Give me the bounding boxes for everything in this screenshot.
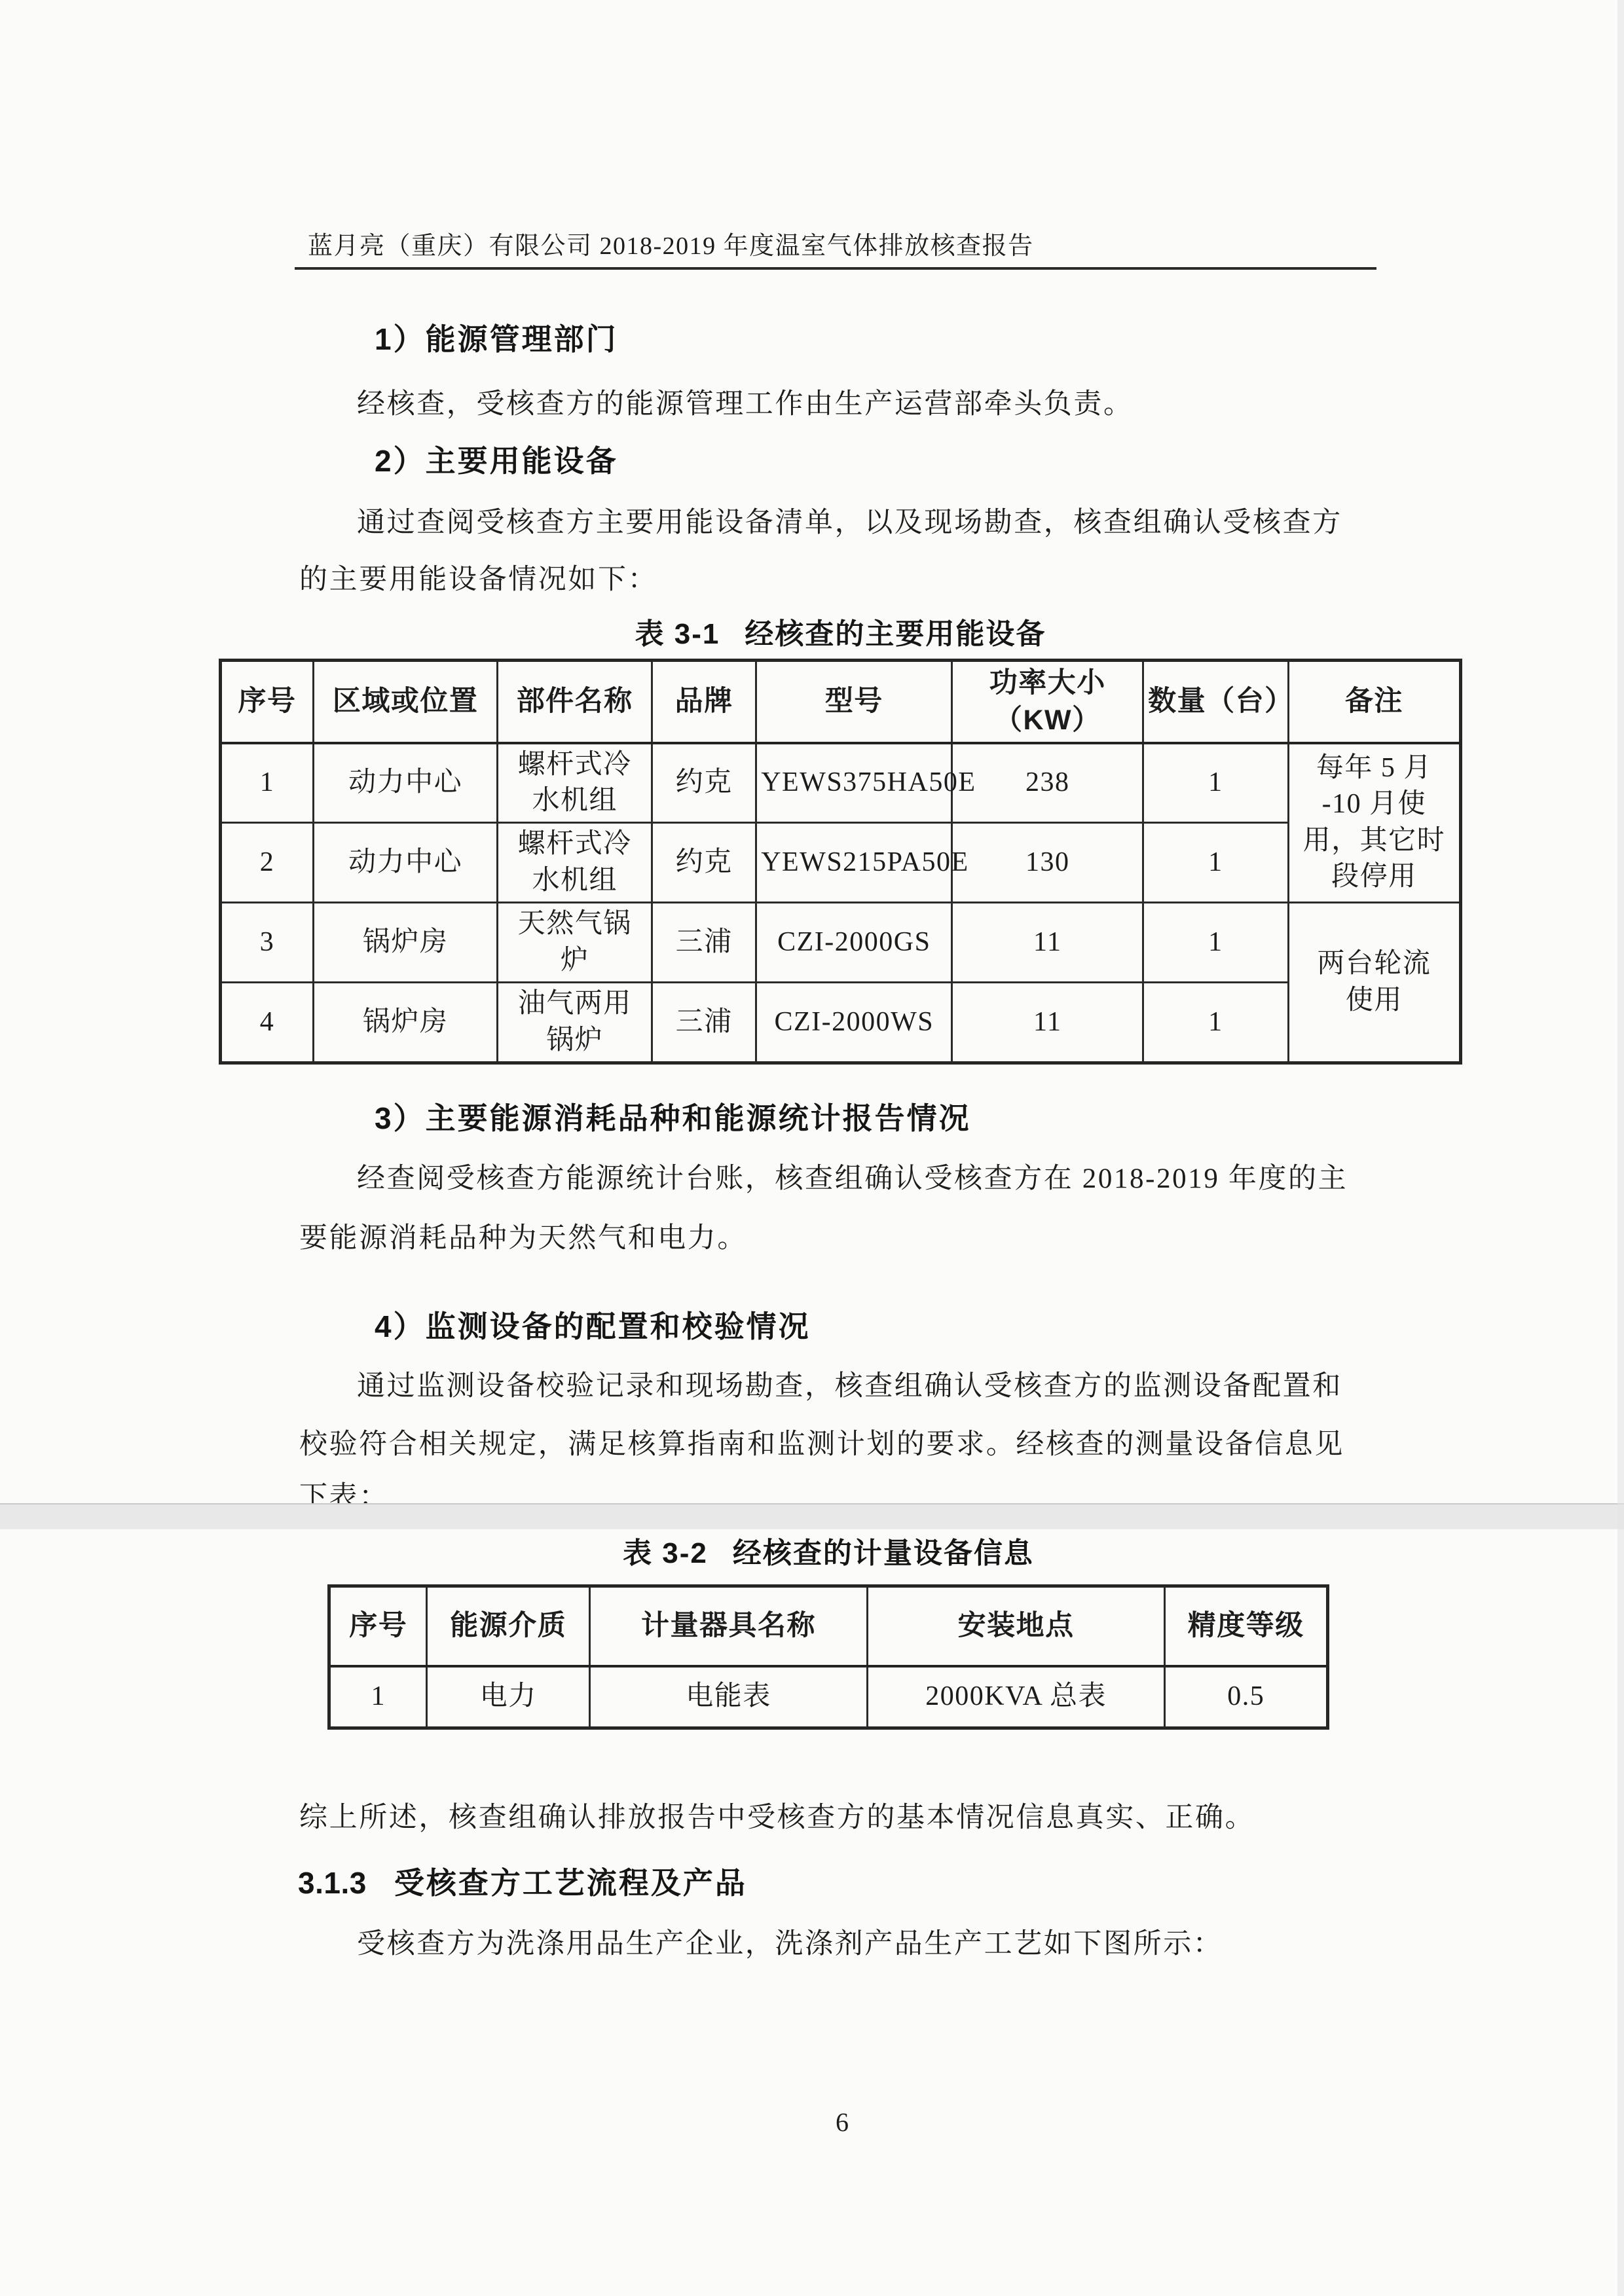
- cell-qty: 1: [1143, 983, 1289, 1063]
- table-row: 3 锅炉房 天然气锅 炉 三浦 CZI-2000GS 11 1 两台轮流 使用: [221, 903, 1461, 983]
- equipment-table: 序号 区域或位置 部件名称 品牌 型号 功率大小 （KW） 数量（台） 备注 1…: [219, 659, 1462, 1065]
- paragraph-monitoring-line2: 校验符合相关规定，满足核算指南和监测计划的要求。经核查的测量设备信息见: [299, 1422, 1344, 1462]
- scan-grey-band: [0, 1503, 1624, 1529]
- table-row: 4 锅炉房 油气两用 锅炉 三浦 CZI-2000WS 11 1: [221, 983, 1461, 1063]
- column-header-no: 序号: [221, 661, 314, 743]
- paragraph-energy-consumption-line2: 要能源消耗品种为天然气和电力。: [299, 1216, 747, 1256]
- cell-component: 螺杆式冷 水机组: [498, 743, 652, 823]
- section-heading-monitoring-devices: 4）监测设备的配置和校验情况: [375, 1303, 811, 1346]
- table2-title-text: 经核查的计量设备信息: [733, 1537, 1034, 1569]
- cell-brand: 三浦: [652, 983, 756, 1063]
- table2-title-label: 表 3-2: [623, 1537, 708, 1569]
- section-heading-313: 3.1.3受核查方工艺流程及产品: [298, 1859, 747, 1903]
- table2-title: 表 3-2经核查的计量设备信息: [327, 1529, 1329, 1571]
- cell-location: 锅炉房: [314, 983, 498, 1063]
- column-header-location: 安装地点: [867, 1586, 1164, 1666]
- cell-location: 锅炉房: [314, 903, 498, 983]
- cell-component: 天然气锅 炉: [498, 903, 652, 983]
- table-row: 2 动力中心 螺杆式冷 水机组 约克 YEWS215PA50E 130 1: [221, 823, 1461, 903]
- cell-power: 238: [952, 743, 1143, 823]
- section-heading-energy-dept: 1）能源管理部门: [375, 316, 618, 359]
- cell-model: CZI-2000GS: [756, 903, 952, 983]
- cell-brand: 约克: [652, 743, 756, 823]
- cell-medium: 电力: [427, 1666, 590, 1728]
- cell-component: 油气两用 锅炉: [498, 983, 652, 1063]
- section-heading-main-equipment: 2）主要用能设备: [375, 437, 618, 481]
- cell-accuracy: 0.5: [1165, 1666, 1328, 1728]
- cell-no: 2: [221, 823, 314, 903]
- cell-remark-rows34: 两台轮流 使用: [1288, 903, 1460, 1063]
- column-header-component: 部件名称: [498, 661, 652, 743]
- cell-location: 动力中心: [314, 743, 498, 823]
- metering-table: 序号 能源介质 计量器具名称 安装地点 精度等级 1 电力 电能表 2000KV…: [327, 1584, 1329, 1730]
- cell-no: 3: [221, 903, 314, 983]
- column-header-model: 型号: [756, 661, 952, 743]
- paragraph-main-equipment-line2: 的主要用能设备情况如下：: [299, 557, 657, 597]
- paragraph-summary: 综上所述，核查组确认排放报告中受核查方的基本情况信息真实、正确。: [299, 1795, 1255, 1835]
- column-header-qty: 数量（台）: [1143, 661, 1289, 743]
- paragraph-process-intro: 受核查方为洗涤用品生产企业，洗涤剂产品生产工艺如下图所示：: [357, 1922, 1223, 1961]
- cell-brand: 三浦: [652, 903, 756, 983]
- column-header-no: 序号: [329, 1586, 427, 1666]
- cell-power: 11: [952, 983, 1143, 1063]
- column-header-remark: 备注: [1288, 661, 1460, 743]
- paragraph-monitoring-line1: 通过监测设备校验记录和现场勘查，核查组确认受核查方的监测设备配置和: [357, 1364, 1342, 1404]
- cell-component: 螺杆式冷 水机组: [498, 823, 652, 903]
- cell-instrument: 电能表: [590, 1666, 868, 1728]
- scan-edge-artifact: [1617, 0, 1624, 2296]
- document-page: 蓝月亮（重庆）有限公司 2018-2019 年度温室气体排放核查报告 1）能源管…: [0, 0, 1624, 2296]
- cell-qty: 1: [1143, 823, 1289, 903]
- table1-title-label: 表 3-1: [635, 618, 720, 650]
- page-number: 6: [836, 2107, 849, 2138]
- header-rule: [295, 267, 1376, 270]
- table-header-row: 序号 区域或位置 部件名称 品牌 型号 功率大小 （KW） 数量（台） 备注: [221, 661, 1461, 743]
- paragraph-energy-dept: 经核查，受核查方的能源管理工作由生产运营部牵头负责。: [357, 382, 1134, 422]
- section-heading-energy-consumption: 3）主要能源消耗品种和能源统计报告情况: [375, 1095, 971, 1138]
- table-header-row: 序号 能源介质 计量器具名称 安装地点 精度等级: [329, 1586, 1328, 1666]
- cell-qty: 1: [1143, 903, 1289, 983]
- column-header-brand: 品牌: [652, 661, 756, 743]
- paragraph-energy-consumption-line1: 经查阅受核查方能源统计台账，核查组确认受核查方在 2018-2019 年度的主: [357, 1156, 1348, 1196]
- cell-remark-rows12: 每年 5 月 -10 月使 用，其它时 段停用: [1288, 743, 1460, 903]
- column-header-instrument: 计量器具名称: [590, 1586, 868, 1666]
- cell-power: 11: [952, 903, 1143, 983]
- cell-model: YEWS375HA50E: [756, 743, 952, 823]
- cell-qty: 1: [1143, 743, 1289, 823]
- table-row: 1 电力 电能表 2000KVA 总表 0.5: [329, 1666, 1328, 1728]
- cell-model: YEWS215PA50E: [756, 823, 952, 903]
- table1-title-text: 经核查的主要用能设备: [745, 618, 1046, 650]
- section-title-313: 受核查方工艺流程及产品: [394, 1866, 747, 1900]
- cell-brand: 约克: [652, 823, 756, 903]
- cell-install-location: 2000KVA 总表: [867, 1666, 1164, 1728]
- cell-location: 动力中心: [314, 823, 498, 903]
- table1-title: 表 3-1经核查的主要用能设备: [219, 610, 1462, 652]
- section-number-313: 3.1.3: [298, 1866, 367, 1900]
- cell-model: CZI-2000WS: [756, 983, 952, 1063]
- cell-no: 4: [221, 983, 314, 1063]
- page-header-title: 蓝月亮（重庆）有限公司 2018-2019 年度温室气体排放核查报告: [308, 225, 1034, 261]
- table-row: 1 动力中心 螺杆式冷 水机组 约克 YEWS375HA50E 238 1 每年…: [221, 743, 1461, 823]
- column-header-power: 功率大小 （KW）: [952, 661, 1143, 743]
- cell-no: 1: [221, 743, 314, 823]
- column-header-medium: 能源介质: [427, 1586, 590, 1666]
- column-header-accuracy: 精度等级: [1165, 1586, 1328, 1666]
- paragraph-main-equipment-line1: 通过查阅受核查方主要用能设备清单，以及现场勘查，核查组确认受核查方: [357, 500, 1342, 540]
- column-header-location: 区域或位置: [314, 661, 498, 743]
- cell-no: 1: [329, 1666, 427, 1728]
- cell-power: 130: [952, 823, 1143, 903]
